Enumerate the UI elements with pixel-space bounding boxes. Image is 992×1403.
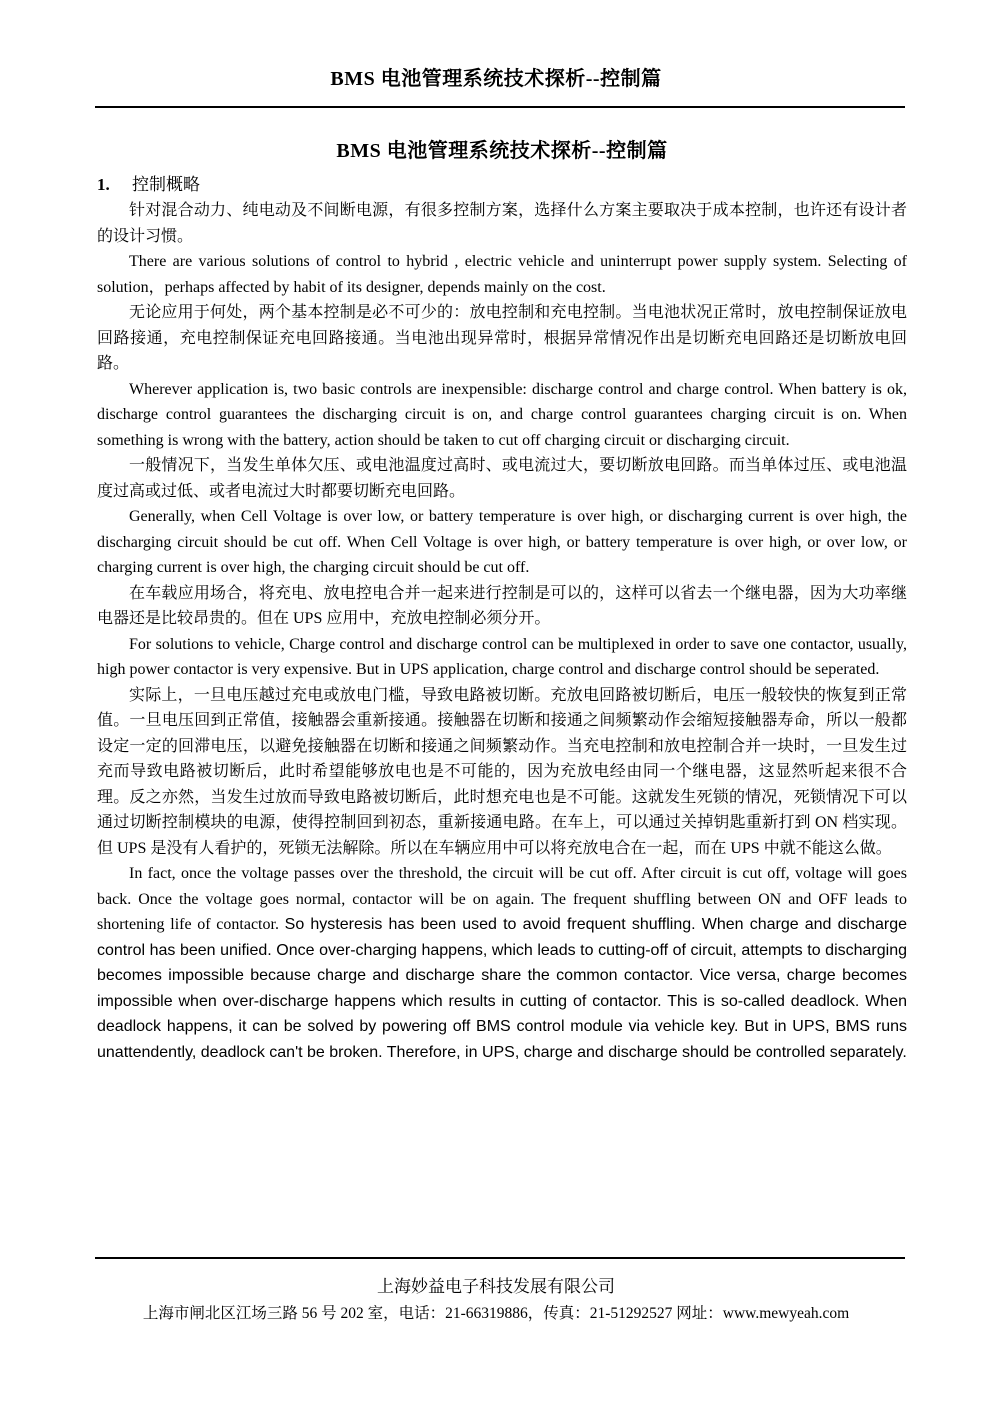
running-header-title: BMS 电池管理系统技术探析--控制篇 <box>0 62 992 91</box>
paragraph-zh-vehicle-ups: 在车载应用场合，将充电、放电控电合并一起来进行控制是可以的，这样可以省去一个继电… <box>97 581 907 632</box>
document-body: BMS 电池管理系统技术探析--控制篇 1.控制概略 针对混合动力、纯电动及不间… <box>97 134 907 1065</box>
paragraph-zh-cutoff-conditions: 一般情况下，当发生单体欠压、或电池温度过高时、或电流过大，要切断放电回路。而当单… <box>97 453 907 504</box>
footer-company-name: 上海妙益电子科技发展有限公司 <box>0 1272 992 1297</box>
paragraph-zh-intro: 针对混合动力、纯电动及不间断电源，有很多控制方案，选择什么方案主要取决于成本控制… <box>97 198 907 249</box>
section-title: 控制概略 <box>132 175 200 194</box>
document-title: BMS 电池管理系统技术探析--控制篇 <box>97 134 907 163</box>
body-text: 针对混合动力、纯电动及不间断电源，有很多控制方案，选择什么方案主要取决于成本控制… <box>97 198 907 1065</box>
paragraph-zh-basic-controls: 无论应用于何处，两个基本控制是必不可少的：放电控制和充电控制。当电池状况正常时，… <box>97 300 907 377</box>
document-page: BMS 电池管理系统技术探析--控制篇 BMS 电池管理系统技术探析--控制篇 … <box>0 0 992 1403</box>
paragraph-en-cutoff-conditions: Generally, when Cell Voltage is over low… <box>97 504 907 581</box>
footer-rule <box>95 1257 905 1259</box>
paragraph-en-deadlock: In fact, once the voltage passes over th… <box>97 861 907 1065</box>
section-number: 1. <box>97 172 132 198</box>
paragraph-en-vehicle-ups: For solutions to vehicle, Charge control… <box>97 632 907 683</box>
paragraph-en-intro: There are various solutions of control t… <box>97 249 907 300</box>
paragraph-en-basic-controls: Wherever application is, two basic contr… <box>97 377 907 454</box>
paragraph-zh-deadlock: 实际上，一旦电压越过充电或放电门槛，导致电路被切断。充放电回路被切断后，电压一般… <box>97 683 907 862</box>
header-rule <box>95 106 905 108</box>
footer-address-line: 上海市闸北区江场三路 56 号 202 室，电话：21-66319886，传真：… <box>0 1301 992 1323</box>
section-heading: 1.控制概略 <box>97 172 907 198</box>
paragraph-en-deadlock-sans-run: So hysteresis has been used to avoid fre… <box>97 916 907 1061</box>
page-header: BMS 电池管理系统技术探析--控制篇 <box>0 0 992 91</box>
